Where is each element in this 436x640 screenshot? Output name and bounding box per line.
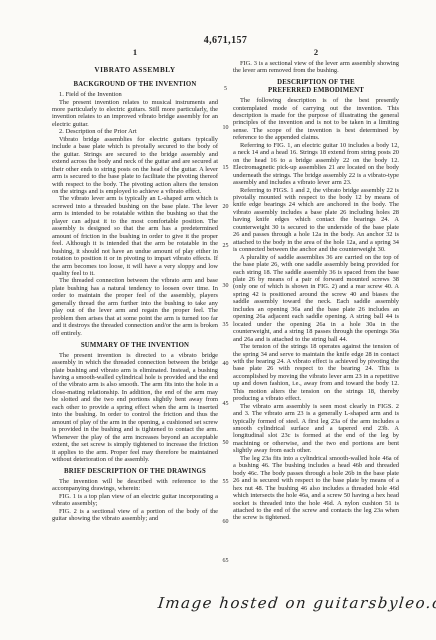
paragraph: The vibrato lever arm is typically an L-… [52,195,218,277]
line-number: 30 [218,283,233,289]
paragraph: Referring to FIGS. 1 and 2, the vibrato … [233,187,399,254]
paragraph-fig1: FIG. 1 is a top plan view of an electric… [52,493,218,508]
paragraph: Vibrato bridge assemblies for electric g… [52,136,218,196]
subheading-prior-art: 2. Description of the Prior Art [52,128,218,135]
line-number: 55 [218,479,233,485]
line-number: 10 [218,125,233,131]
section-heading-drawings: BRIEF DESCRIPTION OF THE DRAWINGS [52,468,218,476]
patent-page: 4,671,157 1 2 5 10 15 20 25 30 35 40 45 … [0,0,436,640]
column-number-right: 2 [233,47,399,57]
section-heading-background: BACKGROUND OF THE INVENTION [52,81,218,89]
line-number: 45 [218,401,233,407]
paragraph: The present invention is directed to a v… [52,352,218,464]
paragraph: A plurality of saddle assemblies 36 are … [233,254,399,343]
paragraph: The following description is of the best… [233,97,399,142]
paragraph: The vibrato arm assembly is seen most cl… [233,403,399,455]
line-number: 60 [218,519,233,525]
paragraph: The present invention relates to musical… [52,99,218,129]
left-column: VIBRATO ASSEMBLY BACKGROUND OF THE INVEN… [52,66,218,523]
line-number-gutter: 5 10 15 20 25 30 35 40 45 50 55 60 65 [218,0,233,640]
paragraph: The leg 23a fits into a cylindrical smoo… [233,455,399,522]
line-number: 40 [218,361,233,367]
right-column: FIG. 3 is a sectional view of the lever … [233,60,399,522]
watermark-text: Image hosted on guitarsbyleo.com [157,594,429,612]
section-heading-summary: SUMMARY OF THE INVENTION [52,342,218,350]
line-number: 25 [218,243,233,249]
line-number: 50 [218,440,233,446]
line-number: 65 [218,558,233,564]
invention-title: VIBRATO ASSEMBLY [52,66,218,74]
section-heading-description: DESCRIPTION OF THE PREFERRED EMBODIMENT [260,79,372,94]
paragraph: Referring to FIG. 1, an electric guitar … [233,142,399,187]
line-number: 35 [218,322,233,328]
paragraph: The threaded connection between the vibr… [52,277,218,337]
paragraph-fig2: FIG. 2 is a sectional view of a portion … [52,508,218,523]
subheading-field-of-invention: 1. Field of the Invention [52,91,218,98]
line-number: 20 [218,204,233,210]
paragraph: The tension of the strings 18 operates a… [233,343,399,403]
paragraph: The invention will be described with ref… [52,478,218,493]
column-number-left: 1 [52,47,218,57]
line-number: 15 [218,165,233,171]
line-number: 5 [218,86,233,92]
paragraph-fig3: FIG. 3 is a sectional view of the lever … [233,60,399,75]
